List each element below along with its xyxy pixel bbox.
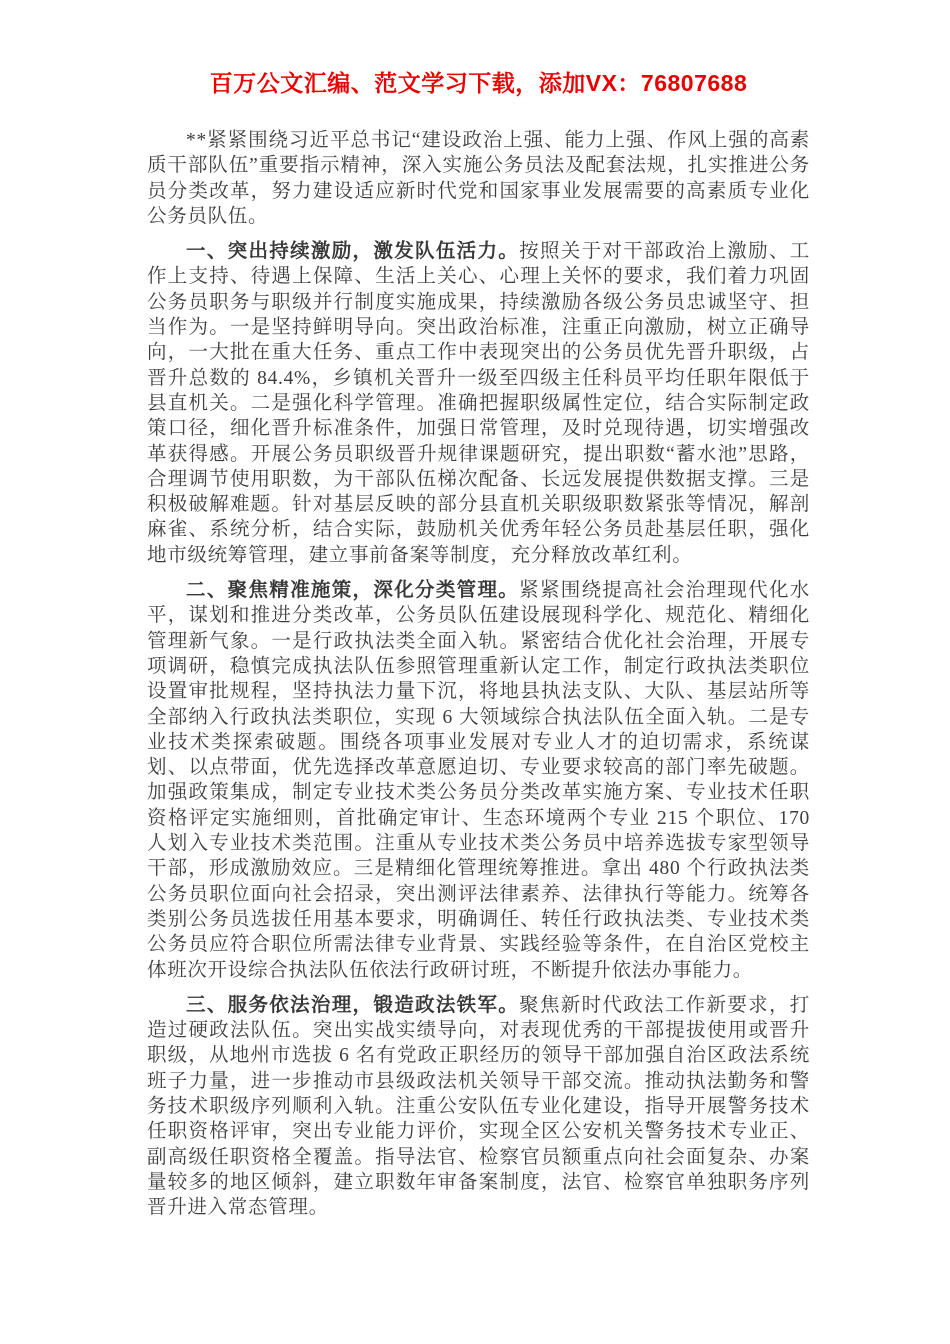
document-body: **紧紧围绕习近平总书记“建设政治上强、能力上强、作风上强的高素质干部队伍”重要… (147, 128, 810, 1220)
promo-header: 百万公文汇编、范文学习下载，添加VX：76807688 (147, 70, 810, 96)
paragraph: 三、服务依法治理，锻造政法铁军。聚焦新时代政法工作新要求，打造过硬政法队伍。突出… (147, 993, 810, 1221)
paragraph-text: 紧紧围绕提高社会治理现代化水平，谋划和推进分类改革，公务员队伍建设展现科学化、规… (147, 580, 810, 980)
paragraph-text: **紧紧围绕习近平总书记“建设政治上强、能力上强、作风上强的高素质干部队伍”重要… (147, 130, 810, 227)
paragraph: 二、聚焦精准施策，深化分类管理。紧紧围绕提高社会治理现代化水平，谋划和推进分类改… (147, 578, 810, 983)
paragraph-text: 按照关于对干部政治上激励、工作上支持、待遇上保障、生活上关心、心理上关怀的要求，… (147, 241, 810, 566)
document-page: 百万公文汇编、范文学习下载，添加VX：76807688 **紧紧围绕习近平总书记… (0, 0, 950, 1344)
paragraph-heading: 一、突出持续激励，激发队伍活力。 (186, 240, 519, 262)
paragraph: **紧紧围绕习近平总书记“建设政治上强、能力上强、作风上强的高素质干部队伍”重要… (147, 128, 810, 229)
paragraph-heading: 二、聚焦精准施策，深化分类管理。 (186, 579, 519, 601)
paragraph-text: 聚焦新时代政法工作新要求，打造过硬政法队伍。突出实战实绩导向，对表现优秀的干部提… (147, 995, 810, 1218)
paragraph-heading: 三、服务依法治理，锻造政法铁军。 (186, 994, 519, 1016)
paragraph: 一、突出持续激励，激发队伍活力。按照关于对干部政治上激励、工作上支持、待遇上保障… (147, 239, 810, 568)
